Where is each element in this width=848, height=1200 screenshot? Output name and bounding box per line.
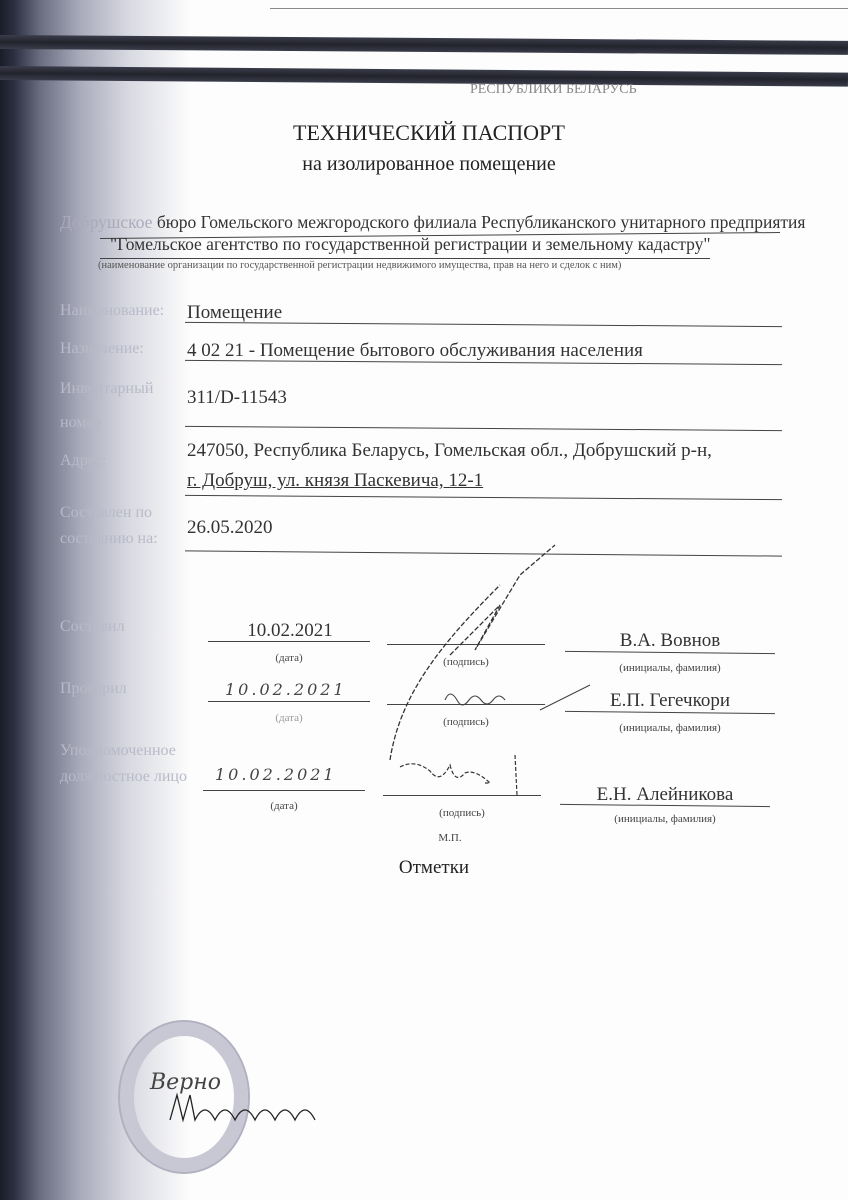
underline [208,701,370,702]
signature-scribble [430,680,600,720]
underline [203,790,365,791]
binding-shadow [0,0,190,1200]
signature-scribble [165,1090,345,1130]
handwritten-date: 10.02.2021 [225,680,347,699]
signature-date: 10.02.2021 [210,620,370,642]
document-title: ТЕХНИЧЕСКИЙ ПАСПОРТ [0,120,848,146]
field-value-inventory: 311/D-11543 [187,387,287,409]
name-caption: (инициалы, фамилия) [565,662,775,674]
underline [185,426,782,431]
signature-scribble [380,545,570,765]
signer-role: Уполномоченное должностное лицо [60,738,190,790]
date-caption: (дата) [208,652,370,664]
signer-role: Проверил [60,680,127,698]
field-value-date: 26.05.2020 [187,517,273,539]
field-label-date: Составлен по состоянию на: [60,500,170,552]
signature-scribble [395,755,535,795]
document-subtitle: на изолированное помещение [0,153,848,176]
underline [185,495,782,500]
field-value-purpose: 4 02 21 - Помещение бытового обслуживани… [187,340,643,362]
organization-hint: (наименование организации по государстве… [98,260,621,271]
organization-line-2: "Гомельское агентство по государственной… [110,234,711,255]
field-label-inventory: Инвентарный номер [60,372,170,440]
field-value-address-1: 247050, Республика Беларусь, Гомельская … [187,440,712,462]
marks-heading: Отметки [0,857,848,879]
underline [208,641,370,642]
handwritten-date: 10.02.2021 [215,765,337,784]
name-caption: (инициалы, фамилия) [560,813,770,825]
field-label-name: Наименование: [60,302,164,320]
header-fragment: РЕСПУБЛИКИ БЕЛАРУСЬ [470,82,637,98]
field-label-address: Адрес: [60,452,107,470]
field-value-name: Помещение [187,302,282,324]
signer-role: Составил [60,618,125,636]
scan-edge-line [270,8,848,9]
underline [100,258,710,259]
signature-caption: (подпись) [383,807,541,819]
signer-name: В.А. Вовнов [565,630,775,652]
signer-name: Е.Н. Алейникова [560,784,770,806]
organization-line-1: Добрушское бюро Гомельского межгородског… [60,212,805,233]
underline [185,322,782,327]
underline [383,795,541,796]
date-caption: (дата) [208,712,370,724]
date-caption: (дата) [203,800,365,812]
field-label-purpose: Назначение: [60,340,144,358]
stamp-place-label: М.П. [420,832,480,844]
name-caption: (инициалы, фамилия) [565,722,775,734]
field-value-address-2: г. Добруш, ул. князя Паскевича, 12-1 [187,470,483,492]
